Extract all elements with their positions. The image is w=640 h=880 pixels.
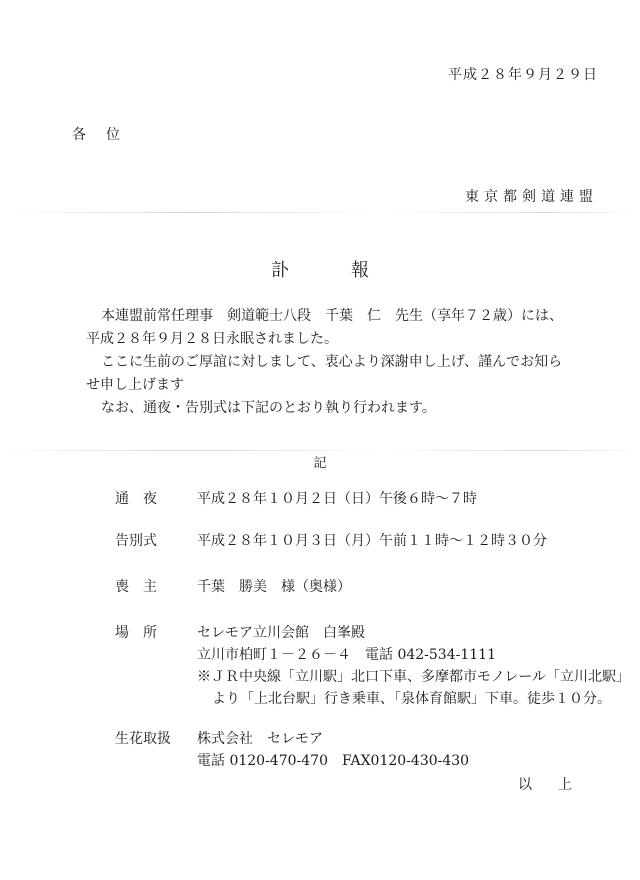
- detail-value: 平成２８年１０月３日（月）午前１１時～１２時３０分: [197, 530, 547, 552]
- venue-access-note-cont: より「上北台駅」行き乗車、「泉体育館駅」下車。徒歩１０分。: [197, 688, 630, 710]
- body-line-2: 平成２８年９月２８日永眠されました。: [86, 328, 586, 351]
- addressee: 各位: [72, 124, 140, 144]
- body-line-4: せ申し上げます: [86, 374, 586, 397]
- title-char-right: 報: [351, 256, 369, 282]
- florist-contact: 電話 0120-470-470 FAX0120-430-430: [197, 750, 469, 772]
- title-char-left: 訃: [271, 256, 289, 282]
- body-line-5: なお、通夜・告別式は下記のとおり執り行われます。: [86, 397, 586, 420]
- announcement-body: 本連盟前常任理事 剣道範士八段 千葉 仁 先生（享年７２歳）には、 平成２８年９…: [86, 305, 586, 420]
- notice-date: 平成２８年９月２９日: [448, 64, 598, 84]
- detail-label: 生花取扱: [115, 728, 197, 772]
- detail-row-wake: 通夜 平成２８年１０月２日（日）午後６時～７時: [115, 488, 630, 510]
- body-line-3: ここに生前のご厚誼に対しまして、衷心より深謝申し上げ、謹んでお知ら: [86, 351, 586, 374]
- detail-label: 喪主: [115, 576, 197, 598]
- sender-organization: 東京都剣道連盟: [465, 186, 598, 206]
- venue-access-note: ※ＪＲ中央線「立川駅」北口下車、多摩都市モノレール「立川北駅」: [197, 666, 630, 688]
- detail-row-flowers: 生花取扱 株式会社 セレモア 電話 0120-470-470 FAX0120-4…: [115, 728, 630, 772]
- event-details: 通夜 平成２８年１０月２日（日）午後６時～７時 告別式 平成２８年１０月３日（月…: [115, 488, 630, 772]
- scan-artifact-line: [0, 450, 640, 451]
- detail-label: 告別式: [115, 530, 197, 552]
- venue-name: セレモア立川会館 白峯殿: [197, 622, 630, 644]
- detail-label: 場所: [115, 622, 197, 710]
- detail-value: 千葉 勝美 様（奥様）: [197, 576, 351, 598]
- closing-mark: 以上: [518, 774, 598, 794]
- notice-heading: 記: [0, 452, 640, 471]
- detail-label: 通夜: [115, 488, 197, 510]
- scan-artifact-line: [0, 212, 640, 213]
- detail-row-funeral: 告別式 平成２８年１０月３日（月）午前１１時～１２時３０分: [115, 530, 630, 552]
- detail-value: 平成２８年１０月２日（日）午後６時～７時: [197, 488, 477, 510]
- document-title: 訃報: [0, 256, 640, 282]
- venue-address: 立川市柏町１－２６－４ 電話 042-534-1111: [197, 644, 630, 666]
- florist-name: 株式会社 セレモア: [197, 728, 469, 750]
- detail-row-venue: 場所 セレモア立川会館 白峯殿 立川市柏町１－２６－４ 電話 042-534-1…: [115, 622, 630, 710]
- detail-row-chief-mourner: 喪主 千葉 勝美 様（奥様）: [115, 576, 630, 598]
- body-line-1: 本連盟前常任理事 剣道範士八段 千葉 仁 先生（享年７２歳）には、: [86, 305, 586, 328]
